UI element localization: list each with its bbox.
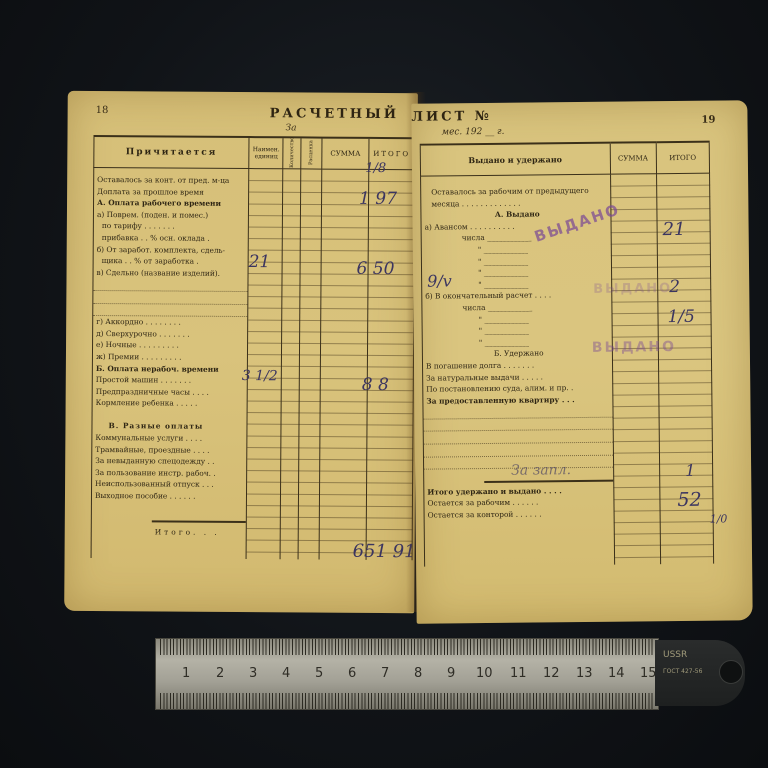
right-page-number: 19	[701, 115, 715, 126]
header-total: ИТОГО	[656, 142, 710, 174]
row-label: г) Аккордно . . . . . . . .	[93, 316, 247, 329]
handwritten-total-paid: 52	[677, 489, 701, 511]
handwritten-deduction: 1	[685, 461, 695, 480]
ruler-number: 13	[576, 666, 593, 681]
ruler-handle: USSR ГОСТ 427-56	[655, 640, 745, 706]
row-label: прибавка . . % осн. оклада .	[94, 232, 248, 245]
row-label: Коммунальные услуги . . . .	[92, 432, 246, 445]
ruler-standard-code: ГОСТ 427-56	[663, 668, 702, 675]
blank-row	[93, 278, 247, 292]
handwritten-total-2: 1 97	[359, 189, 397, 209]
header-earnings: Причитается	[94, 136, 250, 169]
ruler-number: 7	[381, 666, 389, 681]
blank-row	[93, 303, 247, 317]
period-prefix: За	[286, 123, 297, 133]
handwritten-amount-3: 1/5	[667, 307, 695, 327]
ruler-number: 1	[182, 666, 190, 681]
ruler-number: 9	[447, 666, 455, 681]
ruler-scale: 1 2 3 4 5 6 7 8 9 10 11 12 13 14 15	[155, 638, 659, 710]
issued-stamp-faded: ВЫДАНО	[593, 281, 672, 297]
ruler-ticks-bottom	[160, 693, 654, 709]
row-label: Выходное пособие . . . . . .	[92, 490, 246, 503]
header-sum: СУММА	[322, 138, 369, 170]
document-title-right: ЛИСТ №	[411, 109, 492, 125]
handwritten-advance: 21	[663, 219, 686, 240]
header-sum: СУММА	[610, 142, 656, 174]
row-label: Кормление ребенка . . . . .	[93, 397, 247, 410]
row-label: е) Ночные . . . . . . . . .	[93, 339, 247, 352]
document-title-left: РАСЧЕТНЫЙ	[270, 106, 399, 122]
units-column	[246, 169, 283, 560]
ruler-number: 14	[608, 666, 625, 681]
ruler-ticks-top	[160, 639, 654, 655]
row-label: За пользование инстр. рабоч. .	[92, 467, 246, 480]
ruler-number: 6	[348, 666, 356, 681]
left-page: 18 РАСЧЕТНЫЙ За Причитается Наимен. един…	[64, 91, 418, 613]
handwritten-margin-note: 9/v	[427, 271, 452, 290]
paid-withheld-labels: Оставалось за рабочим от предыдущего мес…	[421, 174, 615, 566]
ruler-number: 2	[216, 666, 224, 681]
metal-ruler: 1 2 3 4 5 6 7 8 9 10 11 12 13 14 15 USSR…	[155, 638, 745, 714]
handwritten-amount-2: 2	[669, 277, 680, 297]
header-rate: Расценка	[301, 137, 323, 169]
row-label: Неиспользованный отпуск . . .	[92, 478, 246, 491]
issued-stamp: ВЫДАНО	[592, 339, 676, 356]
section-heading: А. Оплата рабочего времени	[94, 197, 248, 210]
handwritten-units-piecework: 21	[249, 252, 271, 272]
ruler-hanging-hole	[719, 660, 743, 684]
remaining-for-office: Остается за конторой . . . . . .	[425, 508, 614, 522]
handwritten-total-bonus: 8 8	[362, 375, 389, 395]
total-label: Итого. . .	[152, 520, 246, 538]
ruler-number: 5	[315, 666, 323, 681]
sum-column	[319, 169, 368, 560]
sum-column	[610, 174, 660, 565]
row-label: Оставалось за рабочим от предыдущего	[421, 185, 610, 199]
handwritten-total-suffix: 1/0	[710, 512, 728, 525]
handwritten-note: За запл.	[511, 462, 571, 479]
ruler-number: 12	[543, 666, 560, 681]
header-quantity: Количество	[283, 137, 301, 169]
row-label: щика . . % от заработка .	[94, 255, 248, 268]
header-units: Наимен. единиц	[249, 137, 283, 169]
handwritten-units-bonus: 3 1/2	[242, 368, 278, 384]
row-label: по тарифу . . . . . . .	[94, 220, 248, 233]
row-label: Простой машин . . . . . . .	[93, 374, 247, 387]
ruler-number: 11	[510, 666, 527, 681]
ruler-number: 8	[414, 666, 422, 681]
handwritten-total-1: 1/8	[365, 161, 386, 176]
row-label: За невыданную спецодежду . .	[92, 455, 246, 468]
open-payroll-booklet: 18 РАСЧЕТНЫЙ За Причитается Наимен. един…	[66, 92, 752, 622]
row-label: в) Сдельно (название изделий).	[94, 267, 248, 280]
row-label: ж) Премии . . . . . . . . .	[93, 351, 247, 364]
right-page: ЛИСТ № мес. 192 __ г. 19 Выдано и удержа…	[411, 100, 752, 623]
blank-row	[93, 291, 247, 305]
earnings-labels: Оставалось за конт. от пред. м-ца Доплат…	[91, 167, 249, 559]
row-label: Оставалось за конт. от пред. м-ца	[94, 174, 248, 187]
left-page-number: 18	[96, 105, 109, 116]
handwritten-total-piecework: 6 50	[357, 259, 395, 279]
rate-column	[298, 169, 322, 560]
ruler-maker-mark: USSR	[663, 650, 687, 660]
ruler-number: 4	[282, 666, 290, 681]
header-paid-withheld: Выдано и удержано	[420, 143, 610, 176]
ruler-number: 10	[476, 666, 493, 681]
ruler-number: 3	[249, 666, 257, 681]
period-suffix: мес. 192 __ г.	[442, 127, 505, 138]
